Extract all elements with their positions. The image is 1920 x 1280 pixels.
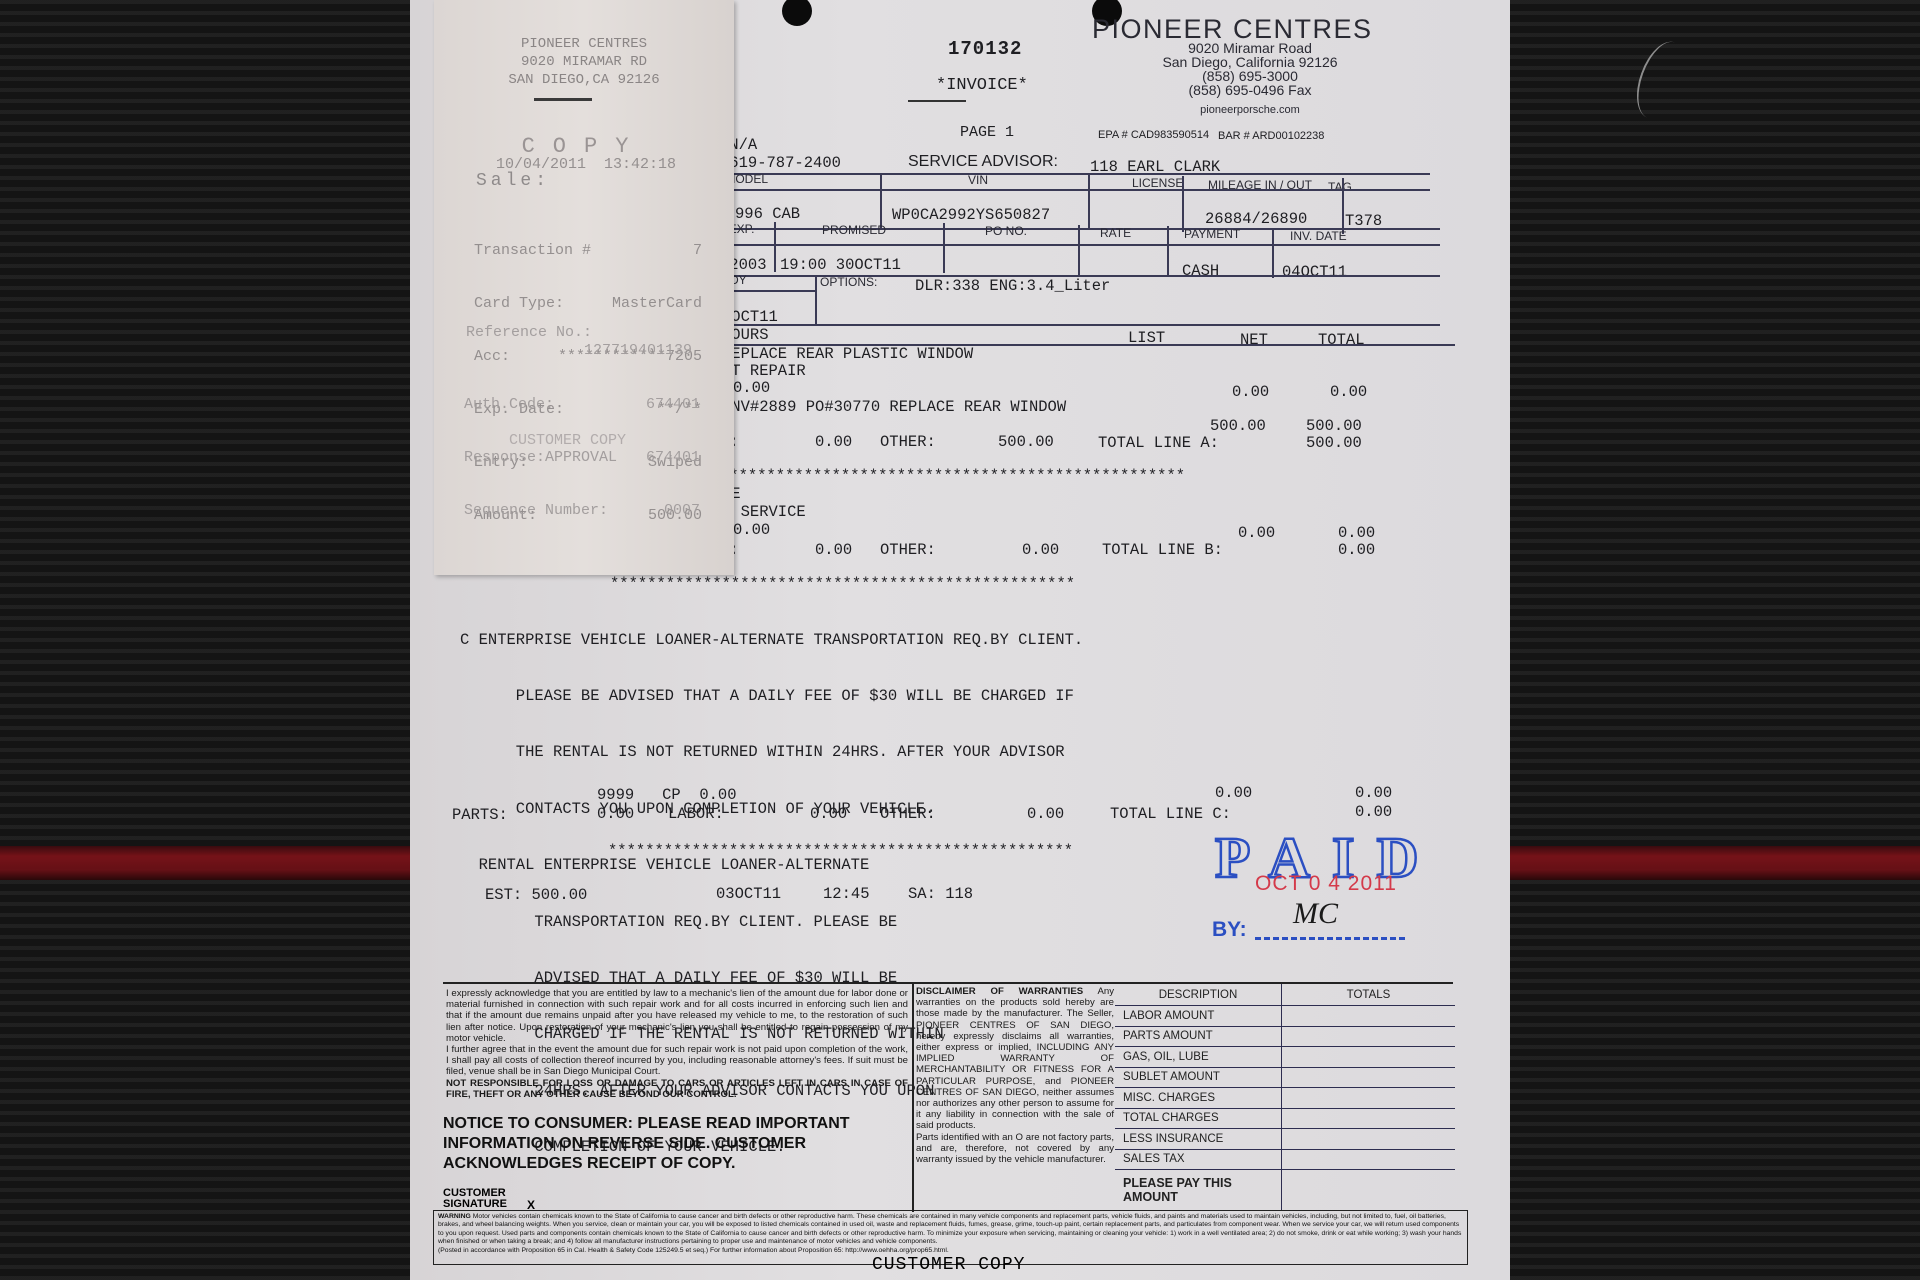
grid-line (720, 189, 1430, 191)
less-insurance-value (1282, 1129, 1456, 1150)
line-b-type: N SERVICE (722, 503, 806, 521)
grid-line (720, 244, 1440, 246)
total-charges-value (1282, 1108, 1456, 1129)
paid-by-line (1255, 937, 1405, 940)
grid-line (943, 223, 945, 273)
page-number: PAGE 1 (960, 124, 1014, 141)
vin-header: VIN (968, 173, 988, 187)
grid-line (720, 324, 1440, 326)
receipt-type: Sale: (476, 171, 550, 191)
estimate-time: 12:45 (823, 885, 870, 903)
order-inv-date: 04OCT11 (1282, 263, 1347, 281)
less-insurance-label: LESS INSURANCE (1115, 1129, 1282, 1150)
line-c-text-line: THE RENTAL IS NOT RETURNED WITHIN 24HRS.… (460, 743, 1083, 762)
po-header: PO NO. (985, 224, 1027, 238)
receipt-row: Response:APPROVAL674401 (464, 449, 700, 466)
warning-body: Motor vehicles contain chemicals known t… (438, 1213, 1461, 1245)
line-b-labor: 0.00 (815, 541, 852, 559)
receipt-row: Card Type:MasterCard (474, 295, 702, 312)
parts-note: Parts identified with an O are not facto… (916, 1132, 1114, 1166)
vehicle-mileage: 26884/26890 (1205, 210, 1307, 228)
total-charges-label: TOTAL CHARGES (1115, 1108, 1282, 1129)
grid-line (774, 222, 776, 272)
line-a-other: 500.00 (998, 433, 1054, 451)
paid-by-label: BY: (1212, 918, 1247, 942)
line-a-total-label: TOTAL LINE A: (1098, 434, 1219, 452)
line-a-part: INV#2889 PO#30770 REPLACE REAR WINDOW (722, 398, 1066, 416)
not-responsible-paragraph: NOT RESPONSIBLE FOR LOSS OR DAMAGE TO CA… (446, 1078, 908, 1100)
disclaimer-text: DISCLAIMER OF WARRANTIES Any warranties … (916, 986, 1114, 1165)
carpet-fiber (1628, 35, 1695, 125)
parts-amount-value (1282, 1026, 1456, 1047)
license-header: LICENSE (1132, 176, 1183, 190)
line-b-grand-total: 0.00 (1338, 541, 1375, 559)
paid-initials: MC (1293, 897, 1338, 931)
separator: ****************************************… (608, 842, 1073, 860)
collection-paragraph: I further agree that in the event the am… (446, 1044, 908, 1078)
line-b-hours: 0.00 (733, 521, 770, 539)
line-a-desc: REPLACE REAR PLASTIC WINDOW (722, 345, 973, 363)
receipt-row-value: MasterCard (612, 295, 702, 312)
line-a-hours: 0.00 (733, 379, 770, 397)
line-a-net: 0.00 (1232, 383, 1269, 401)
totals-table: DESCRIPTION TOTALS LABOR AMOUNT PARTS AM… (1115, 984, 1455, 1211)
dealer-fax: (858) 695-0496 Fax (1100, 82, 1400, 98)
receipt-reference: 127719401139 (584, 342, 692, 359)
service-advisor-code: SA: 118 (908, 885, 973, 903)
total-header: TOTAL (1318, 331, 1365, 349)
receipt-row-label: Transaction # (474, 242, 591, 259)
receipt-address-1: 9020 MIRAMAR RD (434, 54, 734, 70)
vehicle-model: 996 CAB (735, 205, 800, 223)
customer-copy-label: CUSTOMER COPY (872, 1255, 1025, 1275)
gas-oil-lube-label: GAS, OIL, LUBE (1115, 1047, 1282, 1068)
receipt-footer: CUSTOMER COPY (509, 432, 626, 449)
dealer-website: pioneerporsche.com (1100, 104, 1400, 116)
receipt-row: Transaction #7 (474, 242, 702, 259)
paid-stamp-date: OCT 0 4 2011 (1255, 872, 1397, 896)
line-c-parts-label: PARTS: (452, 806, 508, 824)
disclaimer-body: Any warranties on the products sold here… (916, 986, 1114, 1131)
line-a-part-net: 500.00 (1210, 417, 1266, 435)
labor-amount-label: LABOR AMOUNT (1115, 1006, 1282, 1027)
receipt-address-2: SAN DIEGO,CA 92126 (434, 72, 734, 88)
service-advisor-label: SERVICE ADVISOR: (908, 153, 1058, 171)
consumer-notice: NOTICE TO CONSUMER: PLEASE READ IMPORTAN… (443, 1114, 913, 1174)
receipt-row-label: Response:APPROVAL (464, 449, 617, 466)
grid-line (720, 290, 816, 292)
receipt-mark (534, 98, 592, 101)
misc-charges-label: MISC. CHARGES (1115, 1088, 1282, 1109)
rate-header: RATE (1100, 226, 1131, 240)
line-c-grand-total: 0.00 (1355, 803, 1392, 821)
separator: ****************************************… (610, 575, 1075, 593)
grid-line (1088, 174, 1090, 230)
separator: ****************************************… (720, 467, 1185, 485)
receipt-row-value: 7 (693, 242, 702, 259)
invoice-underline (908, 100, 966, 102)
lien-paragraph: I expressly acknowledge that you are ent… (446, 988, 908, 1044)
signature-label: CUSTOMER SIGNATURE (443, 1188, 513, 1210)
lien-text: I expressly acknowledge that you are ent… (446, 988, 908, 1100)
line-a-part-total: 500.00 (1306, 417, 1362, 435)
sublet-amount-label: SUBLET AMOUNT (1115, 1067, 1282, 1088)
line-c-labor-label: LABOR: (668, 805, 724, 823)
receipt-row: Auth.Code:674401 (464, 396, 700, 413)
totals-desc-header: DESCRIPTION (1115, 984, 1282, 1006)
punch-hole (782, 0, 812, 26)
receipt-auth: Auth.Code:674401 Response:APPROVAL674401… (464, 360, 700, 555)
receipt-row-value: 674401 (646, 449, 700, 466)
sales-tax-value (1282, 1149, 1456, 1170)
grid-line (815, 275, 817, 325)
line-c-text-line: PLEASE BE ADVISED THAT A DAILY FEE OF $3… (460, 687, 1083, 706)
bar-number: BAR # ARD00102238 (1218, 130, 1324, 142)
grid-line (1272, 228, 1274, 278)
receipt-row: Sequence Number:0007 (464, 502, 700, 519)
estimate-date: 03OCT11 (716, 885, 781, 903)
line-c-total-label: TOTAL LINE C: (1110, 805, 1231, 823)
receipt-row-label: Auth.Code: (464, 396, 554, 413)
line-c-other: 0.00 (1027, 805, 1064, 823)
please-pay-label: PLEASE PAY THIS AMOUNT (1115, 1170, 1282, 1211)
misc-charges-value (1282, 1088, 1456, 1109)
column-divider (912, 984, 914, 1212)
grid-line (720, 173, 1430, 175)
options-label: OPTIONS: (820, 275, 877, 289)
totals-totals-header: TOTALS (1282, 984, 1456, 1006)
receipt-reference-label: Reference No.: (466, 324, 592, 341)
payment-header: PAYMENT (1184, 227, 1240, 241)
disclaimer-title: DISCLAIMER OF WARRANTIES (916, 986, 1083, 997)
receipt-row-value: 0007 (664, 502, 700, 519)
line-a-grand-total: 500.00 (1306, 434, 1362, 452)
vehicle-vin: WP0CA2992YS650827 (892, 206, 1050, 224)
line-b-net: 0.00 (1238, 524, 1275, 542)
line-c-text-line: C ENTERPRISE VEHICLE LOANER-ALTERNATE TR… (460, 631, 1083, 650)
please-pay-value (1282, 1170, 1456, 1211)
line-b-other: 0.00 (1022, 541, 1059, 559)
line-c-labor: 0.00 (810, 805, 847, 823)
receipt-row-label: Card Type: (474, 295, 564, 312)
estimate: EST: 500.00 (485, 886, 587, 904)
line-c-code: 9999 CP 0.00 (597, 786, 737, 804)
grid-line (1342, 178, 1344, 234)
receipt-merchant: PIONEER CENTRES (434, 36, 734, 52)
gas-oil-lube-value (1282, 1047, 1456, 1068)
card-receipt: PIONEER CENTRES 9020 MIRAMAR RD SAN DIEG… (434, 0, 734, 575)
epa-number: EPA # CAD983590514 (1098, 129, 1209, 141)
line-b-other-label: OTHER: (880, 541, 936, 559)
parts-amount-label: PARTS AMOUNT (1115, 1026, 1282, 1047)
line-c-parts: 0.00 (597, 805, 634, 823)
inv-date-header: INV. DATE (1290, 229, 1347, 243)
promised-header: PROMISED (822, 223, 886, 237)
options-value: DLR:338 ENG:3.4_Liter (915, 277, 1110, 295)
order-payment: CASH (1182, 262, 1219, 280)
line-a-other-label: OTHER: (880, 433, 936, 451)
line-c-other-label: OTHER: (880, 805, 936, 823)
tag-header: TAG (1328, 180, 1352, 194)
receipt-row-label: Sequence Number: (464, 502, 608, 519)
grid-line (1182, 176, 1184, 232)
grid-line (880, 173, 882, 229)
labor-amount-value (1282, 1006, 1456, 1027)
line-c-text-line: TRANSPORTATION REQ.BY CLIENT. PLEASE BE (460, 913, 1083, 932)
line-c-net: 0.00 (1215, 784, 1252, 802)
receipt-row-value: 674401 (646, 396, 700, 413)
sales-tax-label: SALES TAX (1115, 1149, 1282, 1170)
line-a-total: 0.00 (1330, 383, 1367, 401)
sublet-amount-value (1282, 1067, 1456, 1088)
customer-phone: :619-787-2400 (720, 154, 841, 172)
net-header: NET (1240, 331, 1268, 349)
line-a-type: ET REPAIR (722, 362, 806, 380)
line-b-total-label: TOTAL LINE B: (1102, 541, 1223, 559)
line-b-total: 0.00 (1338, 524, 1375, 542)
invoice-number: 170132 (948, 38, 1022, 60)
invoice-label: *INVOICE* (936, 76, 1028, 95)
line-c-total: 0.00 (1355, 784, 1392, 802)
warning-title: WARNING (438, 1213, 471, 1220)
line-a-labor: 0.00 (815, 433, 852, 451)
prop65-note: (Posted in accordance with Proposition 6… (438, 1247, 1463, 1255)
grid-line (1167, 226, 1169, 276)
line-c-text-line: CONTACTS YOU UPON COMPLETION OF YOUR VEH… (460, 800, 1083, 819)
order-promised: 19:00 30OCT11 (780, 256, 901, 274)
grid-line (1078, 225, 1080, 275)
